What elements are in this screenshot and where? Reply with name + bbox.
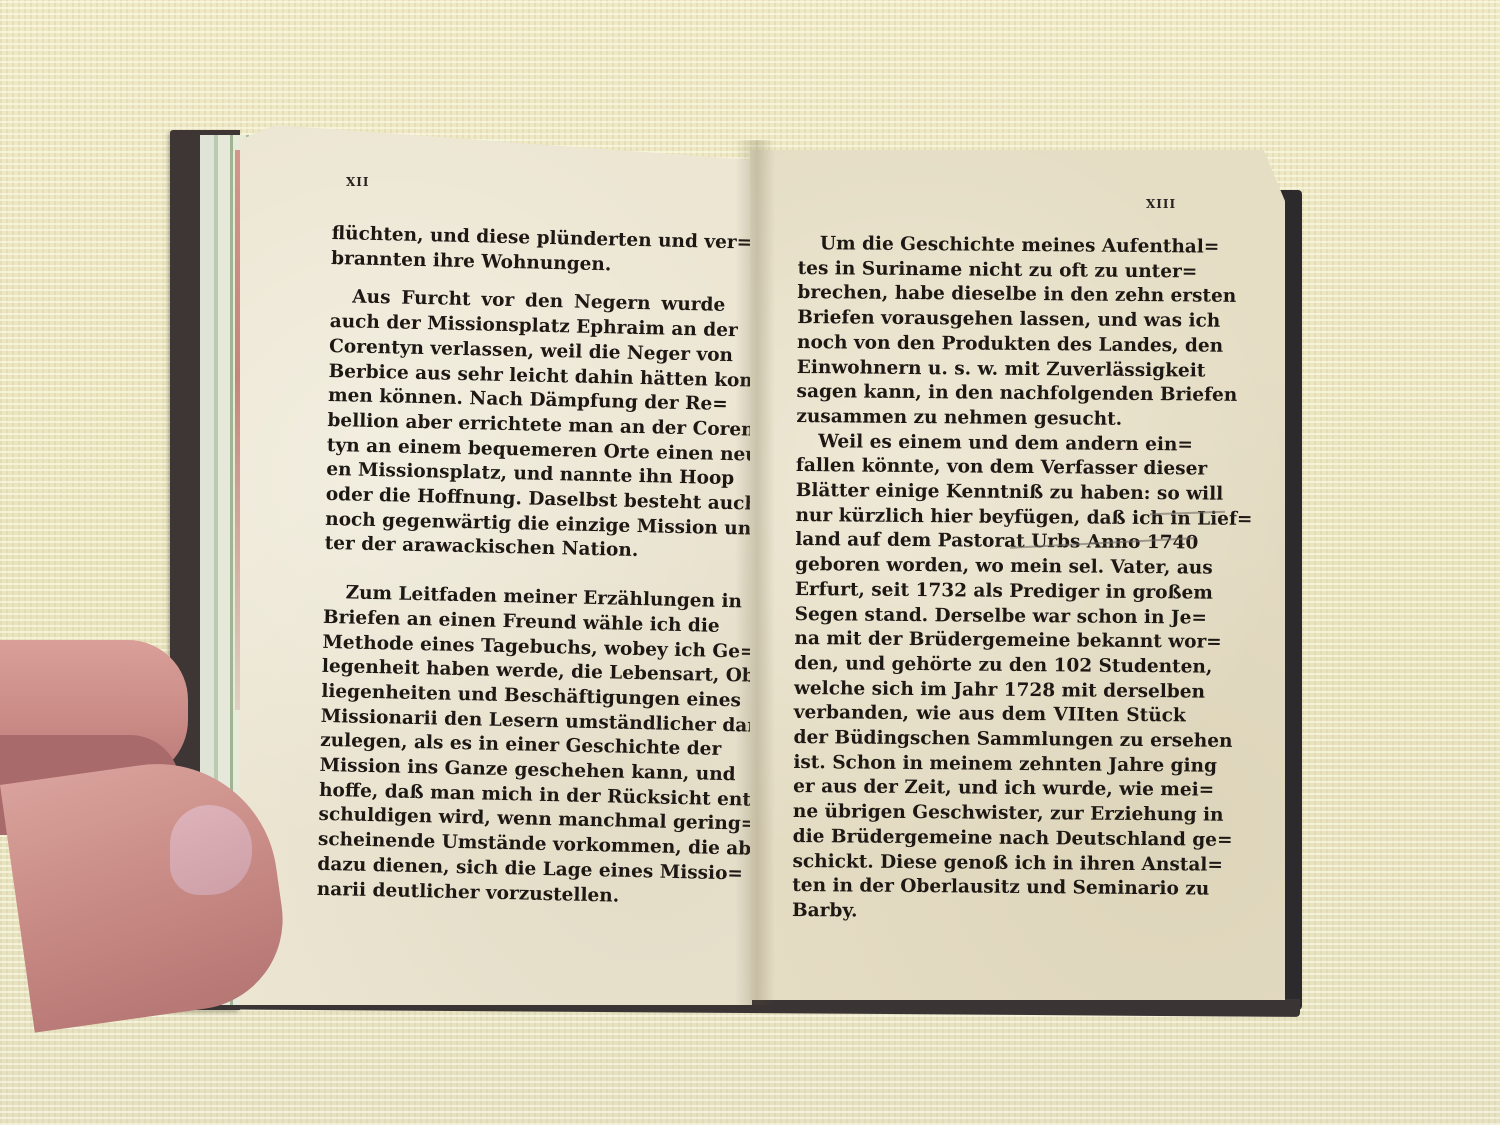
text-line: Einwohnern u. s. w. mit Zuverlässigkeit — [797, 356, 1189, 384]
text-line: geboren worden, wo mein sel. Vater, aus — [795, 553, 1187, 581]
text-line: die Brüdergemeine nach Deutschland ge= — [793, 825, 1185, 853]
right-page-number: XIII — [1146, 197, 1176, 211]
text-line: na mit der Brüdergemeine bekannt wor= — [794, 627, 1186, 655]
text-line: schickt. Diese genoß ich in ihren Anstal… — [792, 850, 1184, 878]
text-line: brechen, habe dieselbe in den zehn erste… — [797, 281, 1189, 309]
text-line: land auf dem Pastorat Urbs Anno 1740 — [795, 528, 1187, 556]
text-line: ne übrigen Geschwister, zur Erziehung in — [793, 800, 1185, 828]
text-line: Barby. — [792, 899, 1184, 927]
left-page-text: flüchten, und diese plünderten und ver= … — [317, 222, 727, 911]
text-line: Weil es einem und dem andern ein= — [796, 430, 1188, 458]
text-line: ten in der Oberlausitz und Seminario zu — [792, 874, 1184, 902]
left-page-number: XII — [346, 175, 370, 189]
thumbnail — [170, 805, 252, 895]
text-line: Segen stand. Derselbe war schon in Je= — [795, 603, 1187, 631]
text-line: Um die Geschichte meines Aufenthal= — [798, 232, 1190, 260]
text-line: verbanden, wie aus dem VIIten Stück — [794, 701, 1186, 729]
right-page-text: Um die Geschichte meines Aufenthal= tes … — [792, 232, 1190, 927]
photo-scene: XII flüchten, und diese plünderten und v… — [0, 0, 1500, 1125]
book-gutter — [735, 140, 775, 1005]
text-line: der Büdingschen Sammlungen zu ersehen — [793, 726, 1185, 754]
text-line: sagen kann, in den nachfolgenden Briefen — [796, 380, 1188, 408]
text-line: welche sich im Jahr 1728 mit derselben — [794, 677, 1186, 705]
text-line: Erfurt, seit 1732 als Prediger in großem — [795, 578, 1187, 606]
text-line: noch von den Produkten des Landes, den — [797, 331, 1189, 359]
text-line: nur kürzlich hier beyfügen, daß ich in L… — [795, 504, 1187, 532]
text-line: er aus der Zeit, und ich wurde, wie mei= — [793, 775, 1185, 803]
text-line: ist. Schon in meinem zehnten Jahre ging — [793, 751, 1185, 779]
text-line: zusammen zu nehmen gesucht. — [796, 405, 1188, 433]
text-line: fallen könnte, von dem Verfasser dieser — [796, 454, 1188, 482]
text-line: den, und gehörte zu den 102 Studenten, — [794, 652, 1186, 680]
text-line: tes in Suriname nicht zu oft zu unter= — [798, 257, 1190, 285]
text-line: Blätter einige Kenntniß zu haben: so wil… — [796, 479, 1188, 507]
text-line: Briefen vorausgehen lassen, und was ich — [797, 306, 1189, 334]
